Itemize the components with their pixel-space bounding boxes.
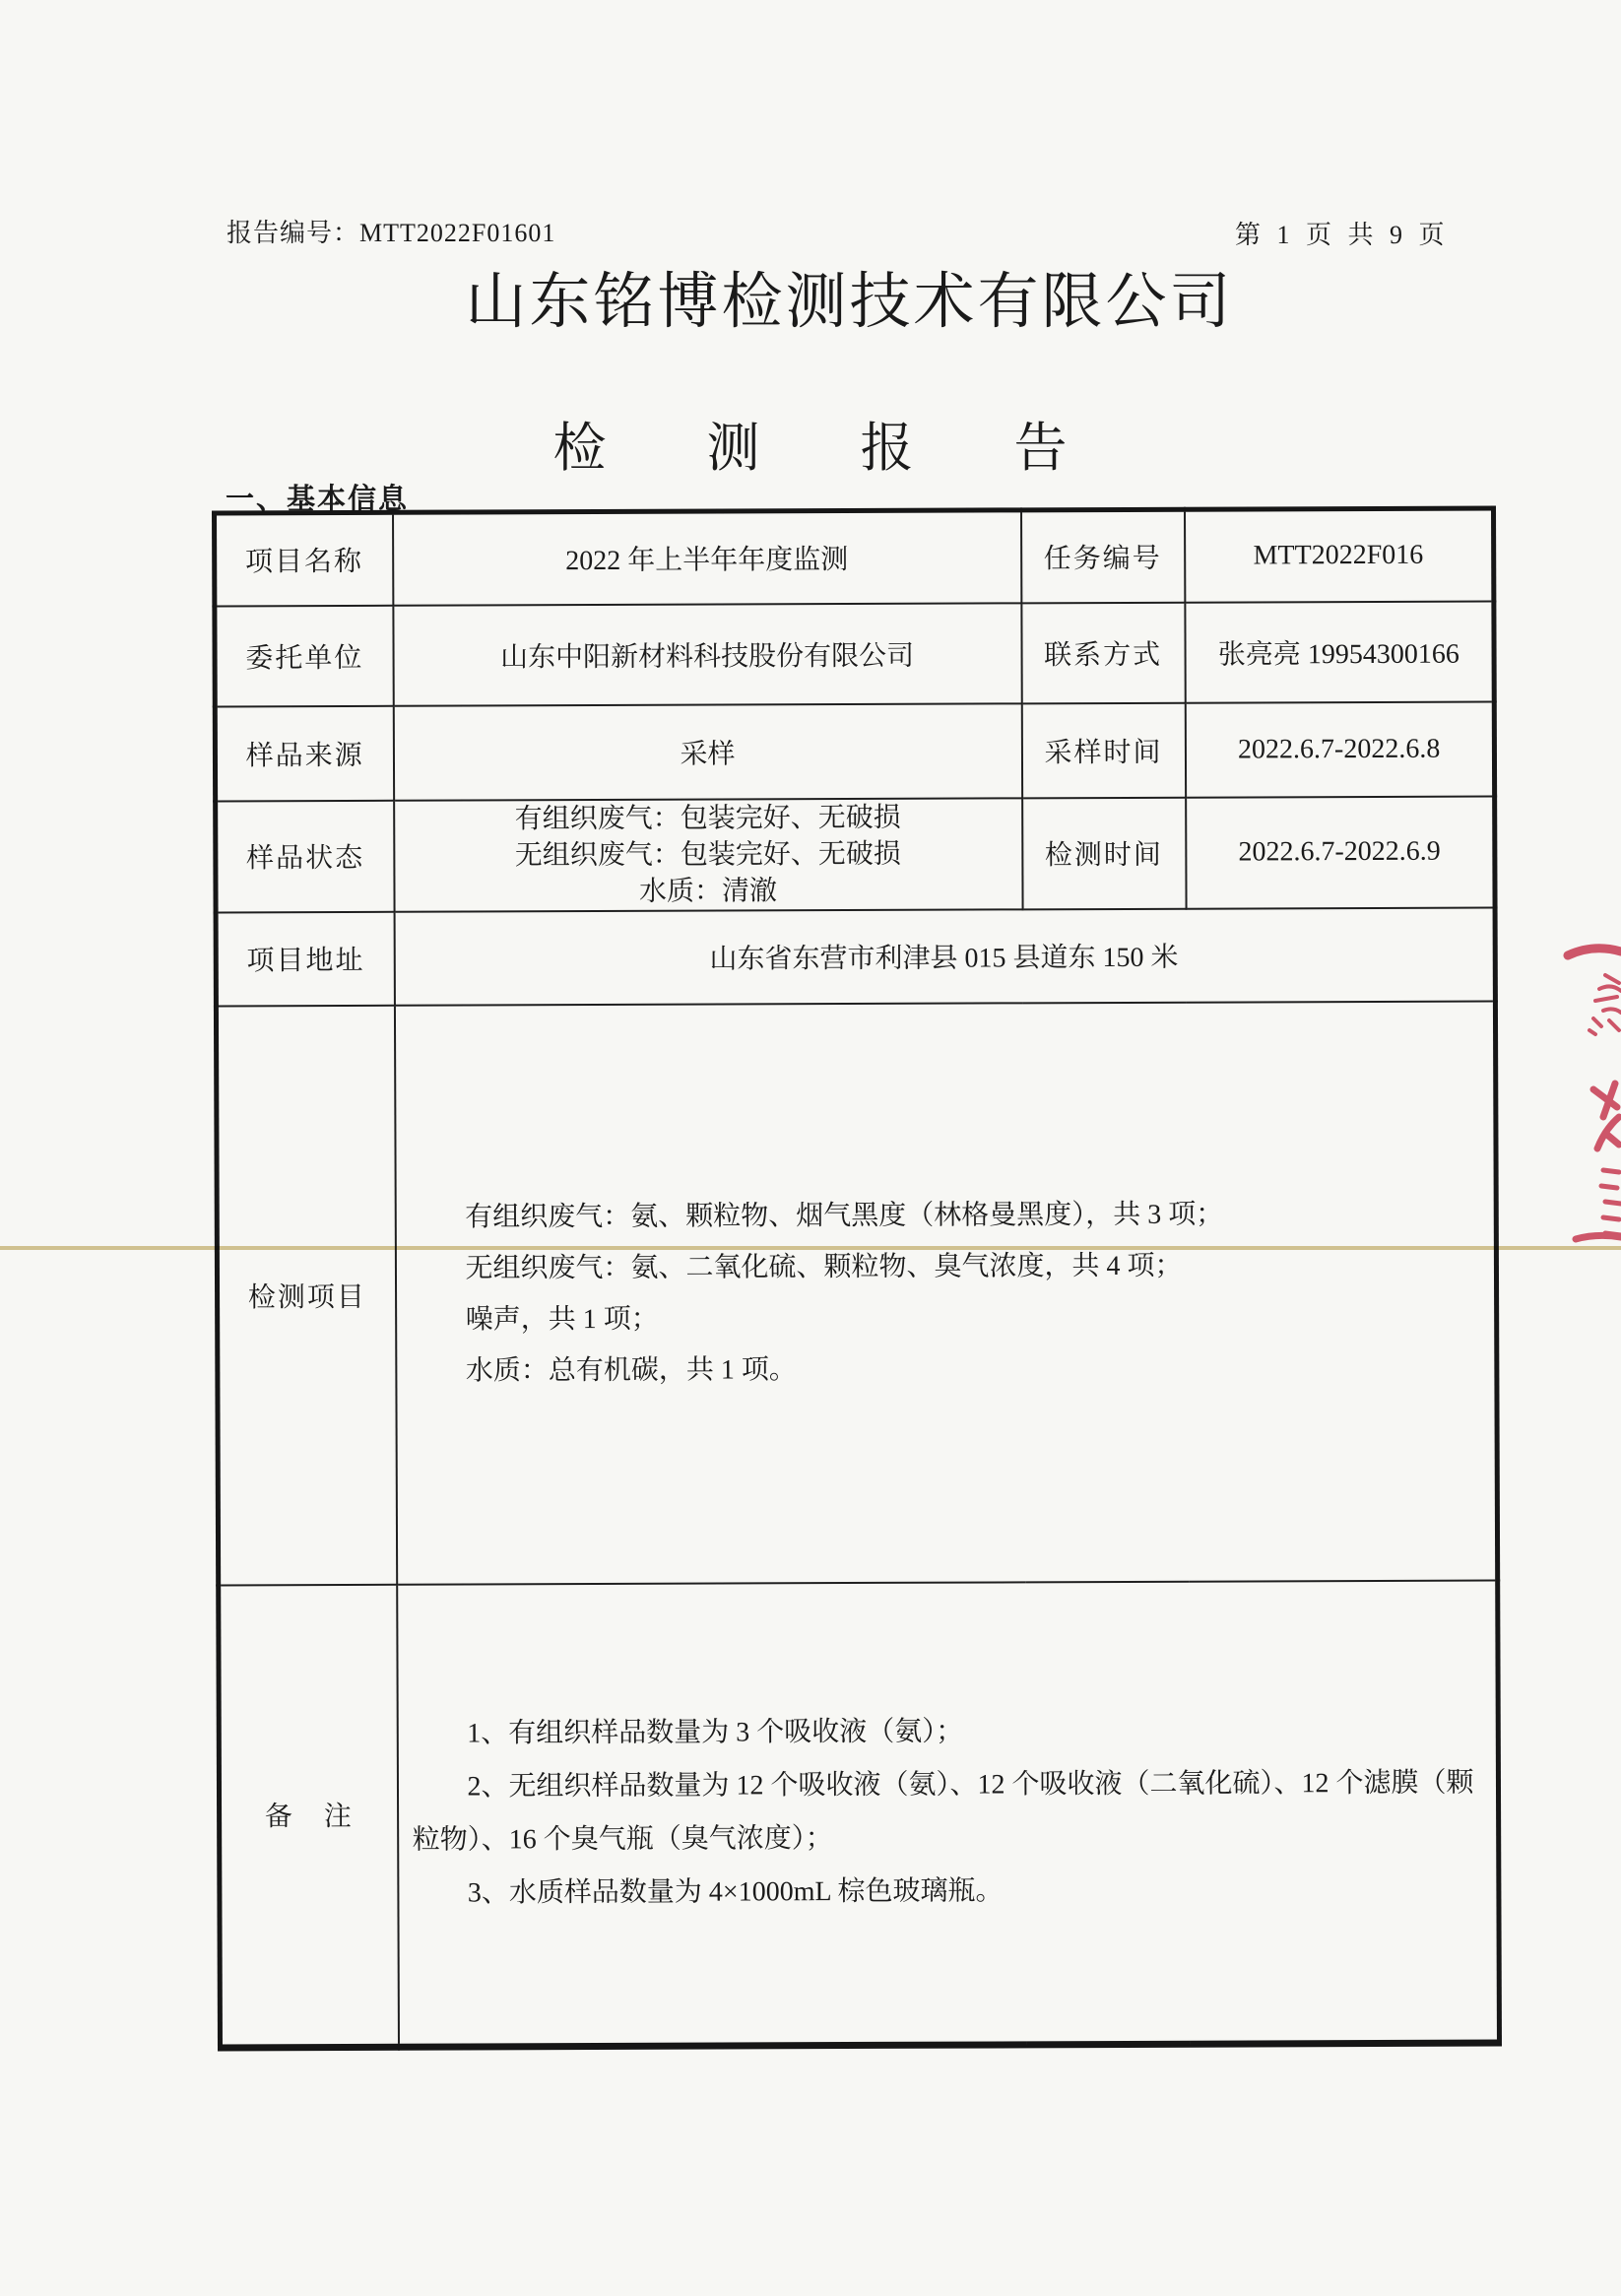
remarks-line: 3、水质样品数量为 4×1000mL 棕色玻璃瓶。 (413, 1864, 1483, 1921)
basic-info-table: 项目名称 2022 年上半年年度监测 任务编号 MTT2022F016 委托单位… (212, 506, 1502, 2052)
remarks-line: 1、有组织样品数量为 3 个吸收液（氨）； (412, 1704, 1482, 1761)
report-number: 报告编号：MTT2022F01601 (227, 213, 555, 249)
test-items-value: 有组织废气：氨、颗粒物、烟气黑度（林格曼黑度），共 3 项； 无组织废气：氨、二… (394, 1001, 1497, 1584)
project-address-value: 山东省东营市利津县 015 县道东 150 米 (394, 907, 1495, 1005)
sample-state-label: 样品状态 (216, 800, 394, 912)
sampling-time-label: 采样时间 (1021, 702, 1185, 798)
client-value: 山东中阳新材料科技股份有限公司 (393, 603, 1021, 705)
row-project-address: 项目地址 山东省东营市利津县 015 县道东 150 米 (216, 907, 1495, 1006)
row-project-name: 项目名称 2022 年上半年年度监测 任务编号 MTT2022F016 (215, 508, 1494, 606)
client-label: 委托单位 (215, 605, 393, 706)
row-test-items: 检测项目 有组织废气：氨、颗粒物、烟气黑度（林格曼黑度），共 3 项； 无组织废… (216, 1001, 1497, 1585)
test-items-line: 水质：总有机碳，共 1 项。 (411, 1342, 1481, 1397)
remarks-value: 1、有组织样品数量为 3 个吸收液（氨）； 2、无组织样品数量为 12 个吸收液… (397, 1580, 1500, 2047)
scan-artifact-line (0, 1246, 1621, 1250)
row-sample-state: 样品状态 有组织废气：包装完好、无破损 无组织废气：包装完好、无破损 水质：清澈… (216, 796, 1495, 912)
remarks-label: 备 注 (219, 1584, 399, 2048)
sample-state-line: 水质：清澈 (407, 872, 1009, 910)
page-indicator: 第 1 页 共 9 页 (1235, 215, 1450, 251)
test-items-line: 噪声，共 1 项； (411, 1290, 1481, 1345)
project-name-label: 项目名称 (215, 512, 393, 606)
contact-value: 张亮亮 19954300166 (1185, 601, 1494, 702)
sample-state-line: 有组织废气：包装完好、无破损 (407, 799, 1009, 837)
task-number-value: MTT2022F016 (1185, 508, 1494, 602)
red-stamp-fragment (1560, 924, 1621, 1318)
row-client: 委托单位 山东中阳新材料科技股份有限公司 联系方式 张亮亮 1995430016… (215, 601, 1494, 706)
company-title: 山东铭博检测技术有限公司 (210, 252, 1489, 340)
sample-source-value: 采样 (393, 703, 1021, 800)
report-title: 检测报告 (221, 406, 1500, 482)
row-sample-source: 样品来源 采样 采样时间 2022.6.7-2022.6.8 (215, 701, 1494, 801)
test-time-value: 2022.6.7-2022.6.9 (1186, 796, 1495, 908)
sample-source-label: 样品来源 (215, 705, 393, 801)
remarks-line: 2、无组织样品数量为 12 个吸收液（氨）、12 个吸收液（二氧化硫）、12 个… (412, 1757, 1482, 1868)
test-items-line: 有组织废气：氨、颗粒物、烟气黑度（林格曼黑度），共 3 项； (410, 1188, 1480, 1243)
sampling-time-value: 2022.6.7-2022.6.8 (1185, 701, 1494, 797)
project-address-label: 项目地址 (216, 911, 394, 1006)
row-remarks: 备 注 1、有组织样品数量为 3 个吸收液（氨）； 2、无组织样品数量为 12 … (219, 1580, 1500, 2048)
contact-label: 联系方式 (1021, 602, 1185, 703)
sample-state-value: 有组织废气：包装完好、无破损 无组织废气：包装完好、无破损 水质：清澈 (394, 798, 1022, 911)
task-number-label: 任务编号 (1021, 509, 1185, 603)
scanned-report-page: 报告编号：MTT2022F01601 第 1 页 共 9 页 山东铭博检测技术有… (0, 0, 1621, 2296)
test-time-label: 检测时间 (1022, 797, 1186, 909)
project-name-value: 2022 年上半年年度监测 (393, 510, 1021, 605)
test-items-label: 检测项目 (216, 1005, 396, 1585)
sample-state-line: 无组织废气：包装完好、无破损 (407, 835, 1009, 874)
